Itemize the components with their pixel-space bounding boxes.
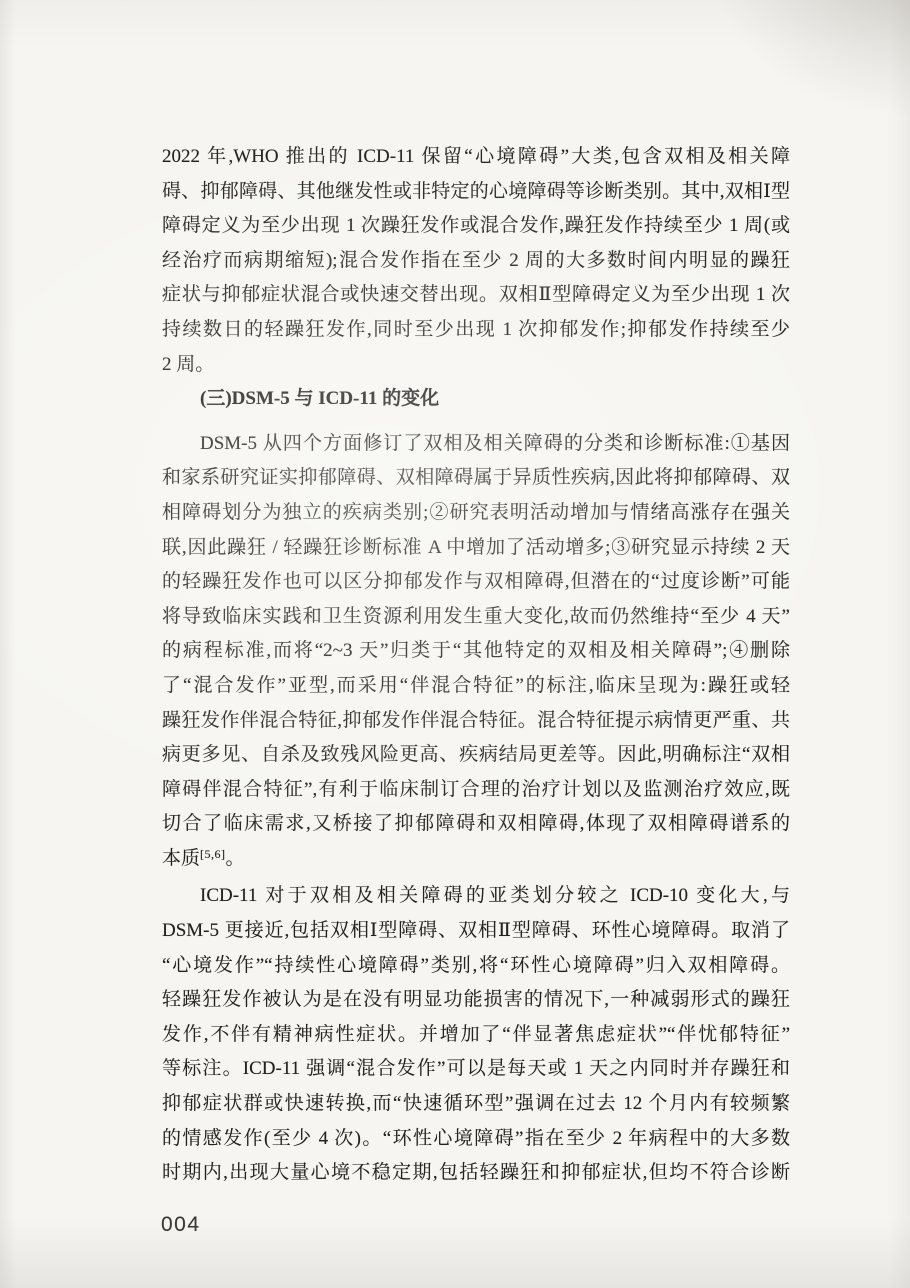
text-line: 碍、抑郁障碍、其他继发性或非特定的心境障碍等诊断类别。其中,双相Ⅰ型 [162,175,790,210]
heading-dsm5-icd11-changes: (三)DSM-5 与 ICD-11 的变化 [162,382,790,417]
text-line: 症状与抑郁症状混合或快速交替出现。双相Ⅱ型障碍定义为至少出现 1 次 [162,278,790,313]
text-line: 障碍定义为至少出现 1 次躁狂发作或混合发作,躁狂发作持续至少 1 周(或 [162,209,790,244]
page-number: 004 [161,1213,201,1237]
text-line: 躁狂发作伴混合特征,抑郁发作伴混合特征。混合特征提示病情更严重、共 [162,704,790,739]
text-line: 发作,不伴有精神病性症状。并增加了“伴显著焦虑症状”“伴忧郁特征” [162,1018,790,1053]
text-line: 的情感发作(至少 4 次)。“环性心境障碍”指在至少 2 年病程中的大多数 [162,1122,790,1157]
text-line: 持续数日的轻躁狂发作,同时至少出现 1 次抑郁发作;抑郁发作持续至少 [162,313,790,348]
text-line: 的轻躁狂发作也可以区分抑郁发作与双相障碍,但潜在的“过度诊断”可能 [162,565,790,600]
para-dsm5-four-revisions: DSM-5 从四个方面修订了双相及相关障碍的分类和诊断标准:①基因和家系研究证实… [162,427,790,877]
text-line: DSM-5 更接近,包括双相Ⅰ型障碍、双相Ⅱ型障碍、环性心境障碍。取消了 [162,914,790,949]
text-line: DSM-5 从四个方面修订了双相及相关障碍的分类和诊断标准:①基因 [162,427,790,462]
citation-superscript: [5,6] [200,847,226,861]
text-line: 和家系研究证实抑郁障碍、双相障碍属于异质性疾病,因此将抑郁障碍、双 [162,461,790,496]
text-line: 经治疗而病期缩短);混合发作指在至少 2 周的大多数时间内明显的躁狂 [162,244,790,279]
text-line: 病更多见、自杀及致残风险更高、疾病结局更差等。因此,明确标注“双相 [162,738,790,773]
text-line: 相障碍划分为独立的疾病类别;②研究表明活动增加与情绪高涨存在强关 [162,496,790,531]
text-line: 联,因此躁狂 / 轻躁狂诊断标准 A 中增加了活动增多;③研究显示持续 2 天 [162,531,790,566]
text-block: 2022 年,WHO 推出的 ICD-11 保留“心境障碍”大类,包含双相及相关… [162,140,790,1191]
text-line: 2 周。 [162,348,790,383]
text-line: 的病程标准,而将“2~3 天”归类于“其他特定的双相及相关障碍”;④删除 [162,634,790,669]
text-line: 抑郁症状群或快速转换,而“快速循环型”强调在过去 12 个月内有较频繁 [162,1087,790,1122]
text-line: 时期内,出现大量心境不稳定期,包括轻躁狂和抑郁症状,但均不符合诊断 [162,1156,790,1191]
text-line: 等标注。ICD-11 强调“混合发作”可以是每天或 1 天之内同时并存躁狂和 [162,1052,790,1087]
text-line: 障碍伴混合特征”,有利于临床制订合理的治疗计划以及监测治疗效应,既 [162,773,790,808]
text-line: 切合了临床需求,又桥接了抑郁障碍和双相障碍,体现了双相障碍谱系的 [162,807,790,842]
text-line: 将导致临床实践和卫生资源利用发生重大变化,故而仍然维持“至少 4 天” [162,600,790,635]
text-line: 了“混合发作”亚型,而采用“伴混合特征”的标注,临床呈现为:躁狂或轻 [162,669,790,704]
text-line: ICD-11 对于双相及相关障碍的亚类划分较之 ICD-10 变化大,与 [162,879,790,914]
text-line: (三)DSM-5 与 ICD-11 的变化 [162,382,790,417]
text-line: 轻躁狂发作被认为是在没有明显功能损害的情况下,一种减弱形式的躁狂 [162,983,790,1018]
para-icd11-subtype-changes: ICD-11 对于双相及相关障碍的亚类划分较之 ICD-10 变化大,与DSM-… [162,879,790,1190]
scanned-book-page: 2022 年,WHO 推出的 ICD-11 保留“心境障碍”大类,包含双相及相关… [0,0,910,1288]
text-line: “心境发作”“持续性心境障碍”类别,将“环性心境障碍”归入双相障碍。 [162,949,790,984]
text-line: 本质[5,6]。 [162,842,790,877]
text-line: 2022 年,WHO 推出的 ICD-11 保留“心境障碍”大类,包含双相及相关… [162,140,790,175]
para-icd11-mood-disorder-overview: 2022 年,WHO 推出的 ICD-11 保留“心境障碍”大类,包含双相及相关… [162,140,790,382]
